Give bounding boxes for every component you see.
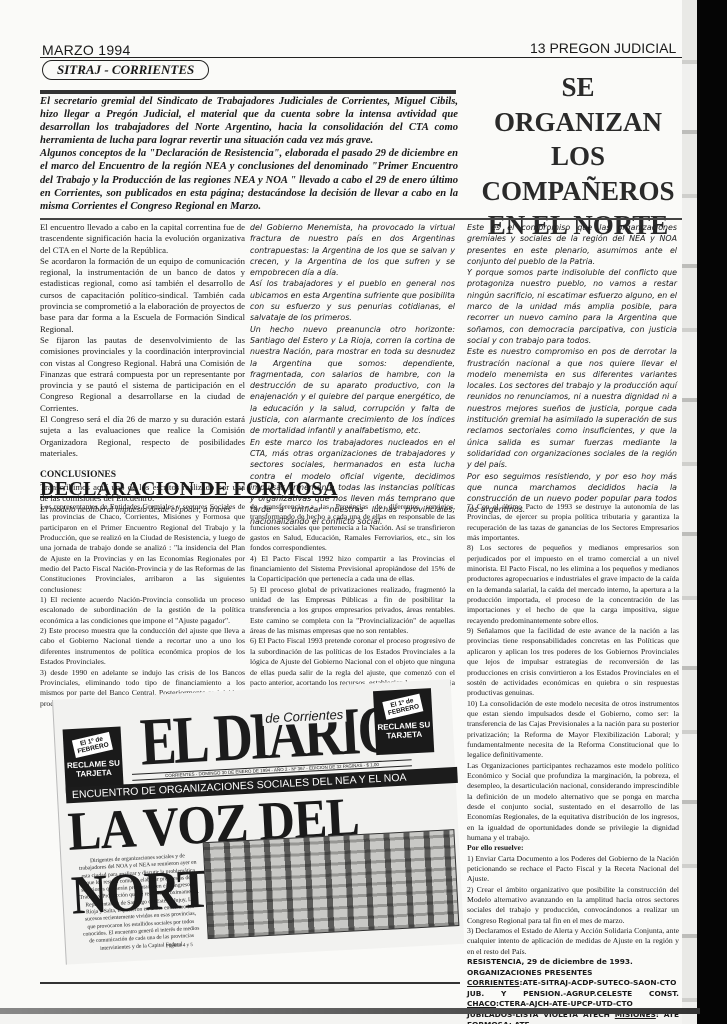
paragraph: 5) El proceso global de privatizaciones … [250, 585, 455, 637]
declaration-column-2: de transferencia a las Provincias de dif… [250, 502, 455, 699]
paragraph: 9) Señalamos que la facilidad de este av… [467, 626, 679, 698]
declaration-column-3: 7) Con el último Pacto de 1993 se destru… [467, 502, 679, 1024]
paragraph: Este es nuestro compromiso en pos de der… [467, 346, 677, 470]
headline-line: COMPAÑEROS [478, 174, 678, 209]
paragraph: Las Organizaciones participantes rechaza… [467, 761, 679, 844]
main-headline: SE ORGANIZAN LOS COMPAÑEROS EN EL NORTE [478, 70, 678, 243]
resolution: 3) Declaramos el Estado de Alerta y Acci… [467, 926, 679, 957]
paragraph: El Congreso será el día 26 de marzo y su… [40, 414, 245, 459]
badge-text: RECLAME SU TARJETA [67, 759, 120, 779]
badge-card: El 1º de FEBRERO [72, 732, 113, 758]
paragraph: Los representantes de Entidades Gremiale… [40, 502, 245, 595]
resolution: 2) Crear el ámbito organizativo que posi… [467, 885, 679, 926]
scan-bottom-edge [0, 1008, 700, 1014]
clipping-body: Dirigentes de organizaciones sociales y … [77, 853, 202, 954]
declaration-column-1: Los representantes de Entidades Gremiale… [40, 502, 245, 709]
scan-background [697, 0, 727, 1024]
orgs-heading: ORGANIZACIONES PRESENTES [467, 968, 679, 979]
lead-intro: El secretario gremial del Sindicato de T… [40, 95, 458, 213]
orgs-list: CORRIENTES:ATE-SITRAJ-ACDP-SUTECO-SAON-C… [467, 978, 679, 1024]
bottom-rule [40, 982, 460, 984]
clipping-pages: Páginas 4 y 5 [166, 943, 193, 949]
paragraph: Se acordaron la formación de un equipo d… [40, 256, 245, 335]
lead-rule [40, 90, 456, 94]
paragraph: 2) Este proceso muestra que la conducció… [40, 626, 245, 667]
org-province: FORMOSA [467, 1020, 509, 1024]
lead-paragraph: Algunos conceptos de la "Declaración de … [40, 147, 458, 212]
signature-date: RESISTENCIA, 29 de diciembre de 1993. [467, 957, 679, 968]
promo-badge-left: El 1º de FEBRERO RECLAME SU TARJETA [63, 726, 124, 793]
paragraph: del Gobierno Menemista, ha provocado la … [250, 222, 455, 278]
article-column-3: Este es el compromiso que las organizaci… [467, 222, 677, 516]
headline-line: ORGANIZAN [478, 105, 678, 140]
newspaper-page: MARZO 1994 13 PREGON JUDICIAL SITRAJ - C… [0, 0, 697, 1010]
badge-text: RECLAME SU TARJETA [377, 720, 430, 740]
org-list: : ATE [509, 1020, 530, 1024]
paragraph: 7) Con el último Pacto de 1993 se destru… [467, 502, 679, 543]
issue-date: MARZO 1994 [42, 42, 131, 58]
paragraph: Este es el compromiso que las organizaci… [467, 222, 677, 267]
masthead-rule [40, 57, 684, 58]
resolves-heading: Por ello resuelve: [467, 843, 679, 853]
section-tag: SITRAJ - CORRIENTES [42, 60, 209, 80]
paragraph: 4) El Pacto Fiscal 1992 hizo compartir a… [250, 554, 455, 585]
promo-badge-right: El 1º de FEBRERO RECLAME SU TARJETA [373, 688, 434, 755]
org-province: CORRIENTES [467, 978, 520, 987]
paragraph: Se fijaron las pautas de desenvolvimient… [40, 335, 245, 414]
paragraph: 10) La consolidación de este modelo nece… [467, 699, 679, 761]
badge-card: El 1º de FEBRERO [382, 694, 423, 720]
page-number-title: 13 PREGON JUDICIAL [530, 40, 676, 56]
declaration-title: DECLARACION DE FORMOSA [40, 478, 338, 501]
paragraph: de transferencia a las Provincias de dif… [250, 502, 455, 554]
paragraph: 8) Los sectores de pequeños y medianos e… [467, 543, 679, 626]
paragraph: Un hecho nuevo preanuncia otro horizonte… [250, 324, 455, 437]
headline-line: LOS [478, 139, 678, 174]
clipping-photo [203, 829, 460, 939]
newspaper-clipping: El 1º de FEBRERO RECLAME SU TARJETA EL D… [52, 679, 464, 965]
section-rule [40, 218, 685, 220]
resolution: 1) Enviar Carta Documento a los Poderes … [467, 854, 679, 885]
headline-line: SE [478, 70, 678, 105]
paragraph: Así los trabajadores y el pueblo en gene… [250, 278, 455, 323]
paragraph: Y porque somos parte indisoluble del con… [467, 267, 677, 346]
paragraph: 1) El reciente acuerdo Nación-Provincia … [40, 595, 245, 626]
org-province: CHACO [467, 999, 496, 1008]
lead-paragraph: El secretario gremial del Sindicato de T… [40, 95, 458, 147]
paragraph: El encuentro llevado a cabo en la capita… [40, 222, 245, 256]
article-column-1: El encuentro llevado a cabo en la capita… [40, 222, 245, 515]
